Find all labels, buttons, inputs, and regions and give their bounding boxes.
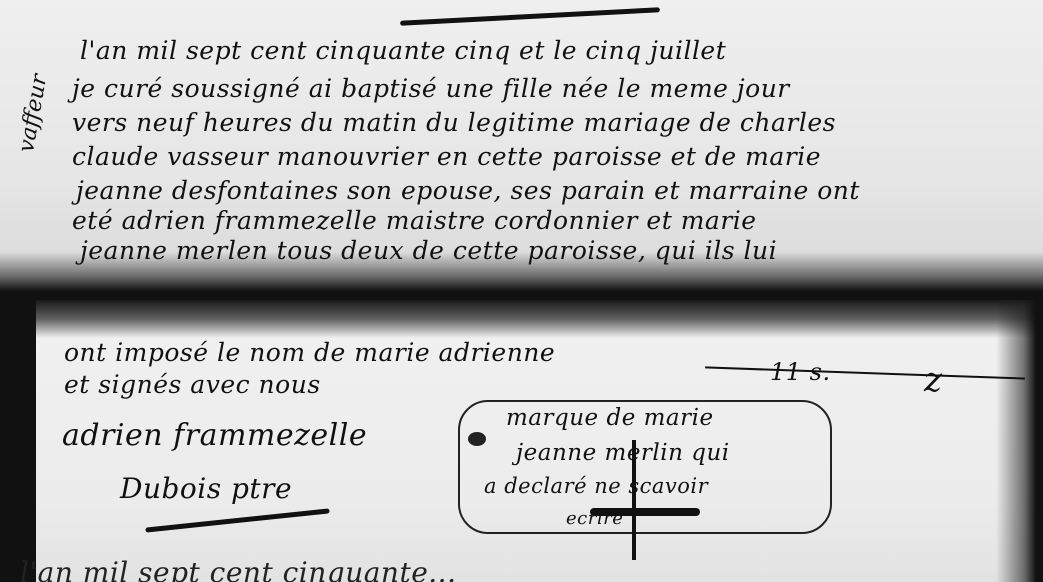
godfather-signature: adrien frammezelle — [62, 418, 367, 453]
fee-annotation: 11 s. — [770, 358, 831, 386]
priest-signature: Dubois ptre — [120, 472, 292, 505]
record-line-4: claude vasseur manouvrier en cette paroi… — [72, 142, 821, 171]
cross-mark-vertical — [632, 440, 636, 560]
godmother-mark-line-1: marque de marie — [506, 405, 714, 431]
godmother-mark-line-3: a declaré ne scavoir — [484, 474, 708, 498]
record-line-3: vers neuf heures du matin du legitime ma… — [72, 108, 836, 137]
margin-surname-note: vaffeur — [14, 72, 52, 154]
record-line-5: jeanne desfontaines son epouse, ses para… — [76, 176, 860, 205]
godmother-mark-line-2: jeanne merlin qui — [516, 440, 730, 466]
record-line-7: jeanne merlen tous deux de cette paroiss… — [80, 236, 777, 265]
record-line-2: je curé soussigné ai baptisé une fille n… — [72, 74, 790, 103]
paraph-mark: z — [924, 360, 942, 400]
record-line-8: ont imposé le nom de marie adrienne — [64, 338, 555, 367]
upper-register-page: vaffeur l'an mil sept cent cinquante cin… — [0, 0, 1043, 292]
top-flourish — [400, 7, 660, 26]
record-line-1: l'an mil sept cent cinquante cinq et le … — [80, 36, 726, 65]
record-line-6: eté adrien frammezelle maistre cordonnie… — [72, 206, 757, 235]
record-line-9: et signés avec nous — [64, 370, 321, 399]
cross-mark-horizontal — [590, 508, 700, 516]
next-entry-fragment: l'an mil sept cent cinquante... — [20, 556, 456, 582]
